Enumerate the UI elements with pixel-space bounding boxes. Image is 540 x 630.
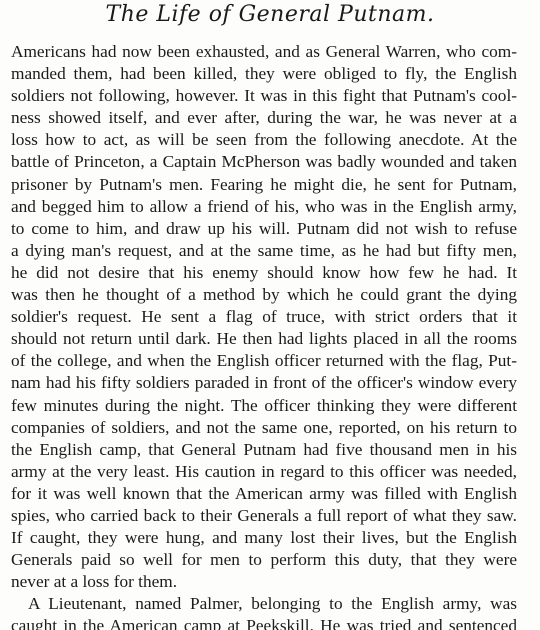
paragraph-1: Americans had now been exhausted, and as… [11,41,517,593]
text-line: never at a loss for them. [11,571,517,593]
text-line: was then he thought of a method by which… [11,284,517,306]
text-line: and begged him to allow a friend of his,… [11,196,517,218]
text-line: caught in the American camp at Peekskill… [11,615,517,630]
text-line: Generals paid so well for men to perform… [11,549,517,571]
text-line: spies, who carried back to their General… [11,505,517,527]
text-line: he did not desire that his enemy should … [11,262,517,284]
text-line: a dying man's request, and at the same t… [11,240,517,262]
text-line: battle of Princeton, a Captain McPherson… [11,151,517,173]
text-line: soldiers not following, however. It was … [11,85,517,107]
text-line: ness showed itself, and ever after, duri… [11,107,517,129]
text-line: companies of soldiers, and not the same … [11,417,517,439]
page-title: The Life of General Putnam. [0,2,540,27]
text-line: manded them, had been killed, they were … [11,63,517,85]
text-line: nam had his fifty soldiers paraded in fr… [11,372,517,394]
text-line: for it was well known that the American … [11,483,517,505]
text-line: of the college, and when the English off… [11,350,517,372]
text-line: the English camp, that General Putnam ha… [11,439,517,461]
paragraph-2: A Lieutenant, named Palmer, belonging to… [11,593,517,630]
text-line: army at the very least. His caution in r… [11,461,517,483]
text-line: few minutes during the night. The office… [11,395,517,417]
text-line: prisoner by Putnam's men. Fearing he mig… [11,174,517,196]
text-line: A Lieutenant, named Palmer, belonging to… [11,593,517,615]
text-line: to come to him, and draw up his will. Pu… [11,218,517,240]
page-body: Americans had now been exhausted, and as… [11,41,517,630]
text-line: soldier's request. He sent a flag of tru… [11,306,517,328]
text-line: should not return until dark. He then ha… [11,328,517,350]
text-line: loss how to act, as will be seen from th… [11,129,517,151]
text-line: If caught, they were hung, and many lost… [11,527,517,549]
text-line: Americans had now been exhausted, and as… [11,41,517,63]
